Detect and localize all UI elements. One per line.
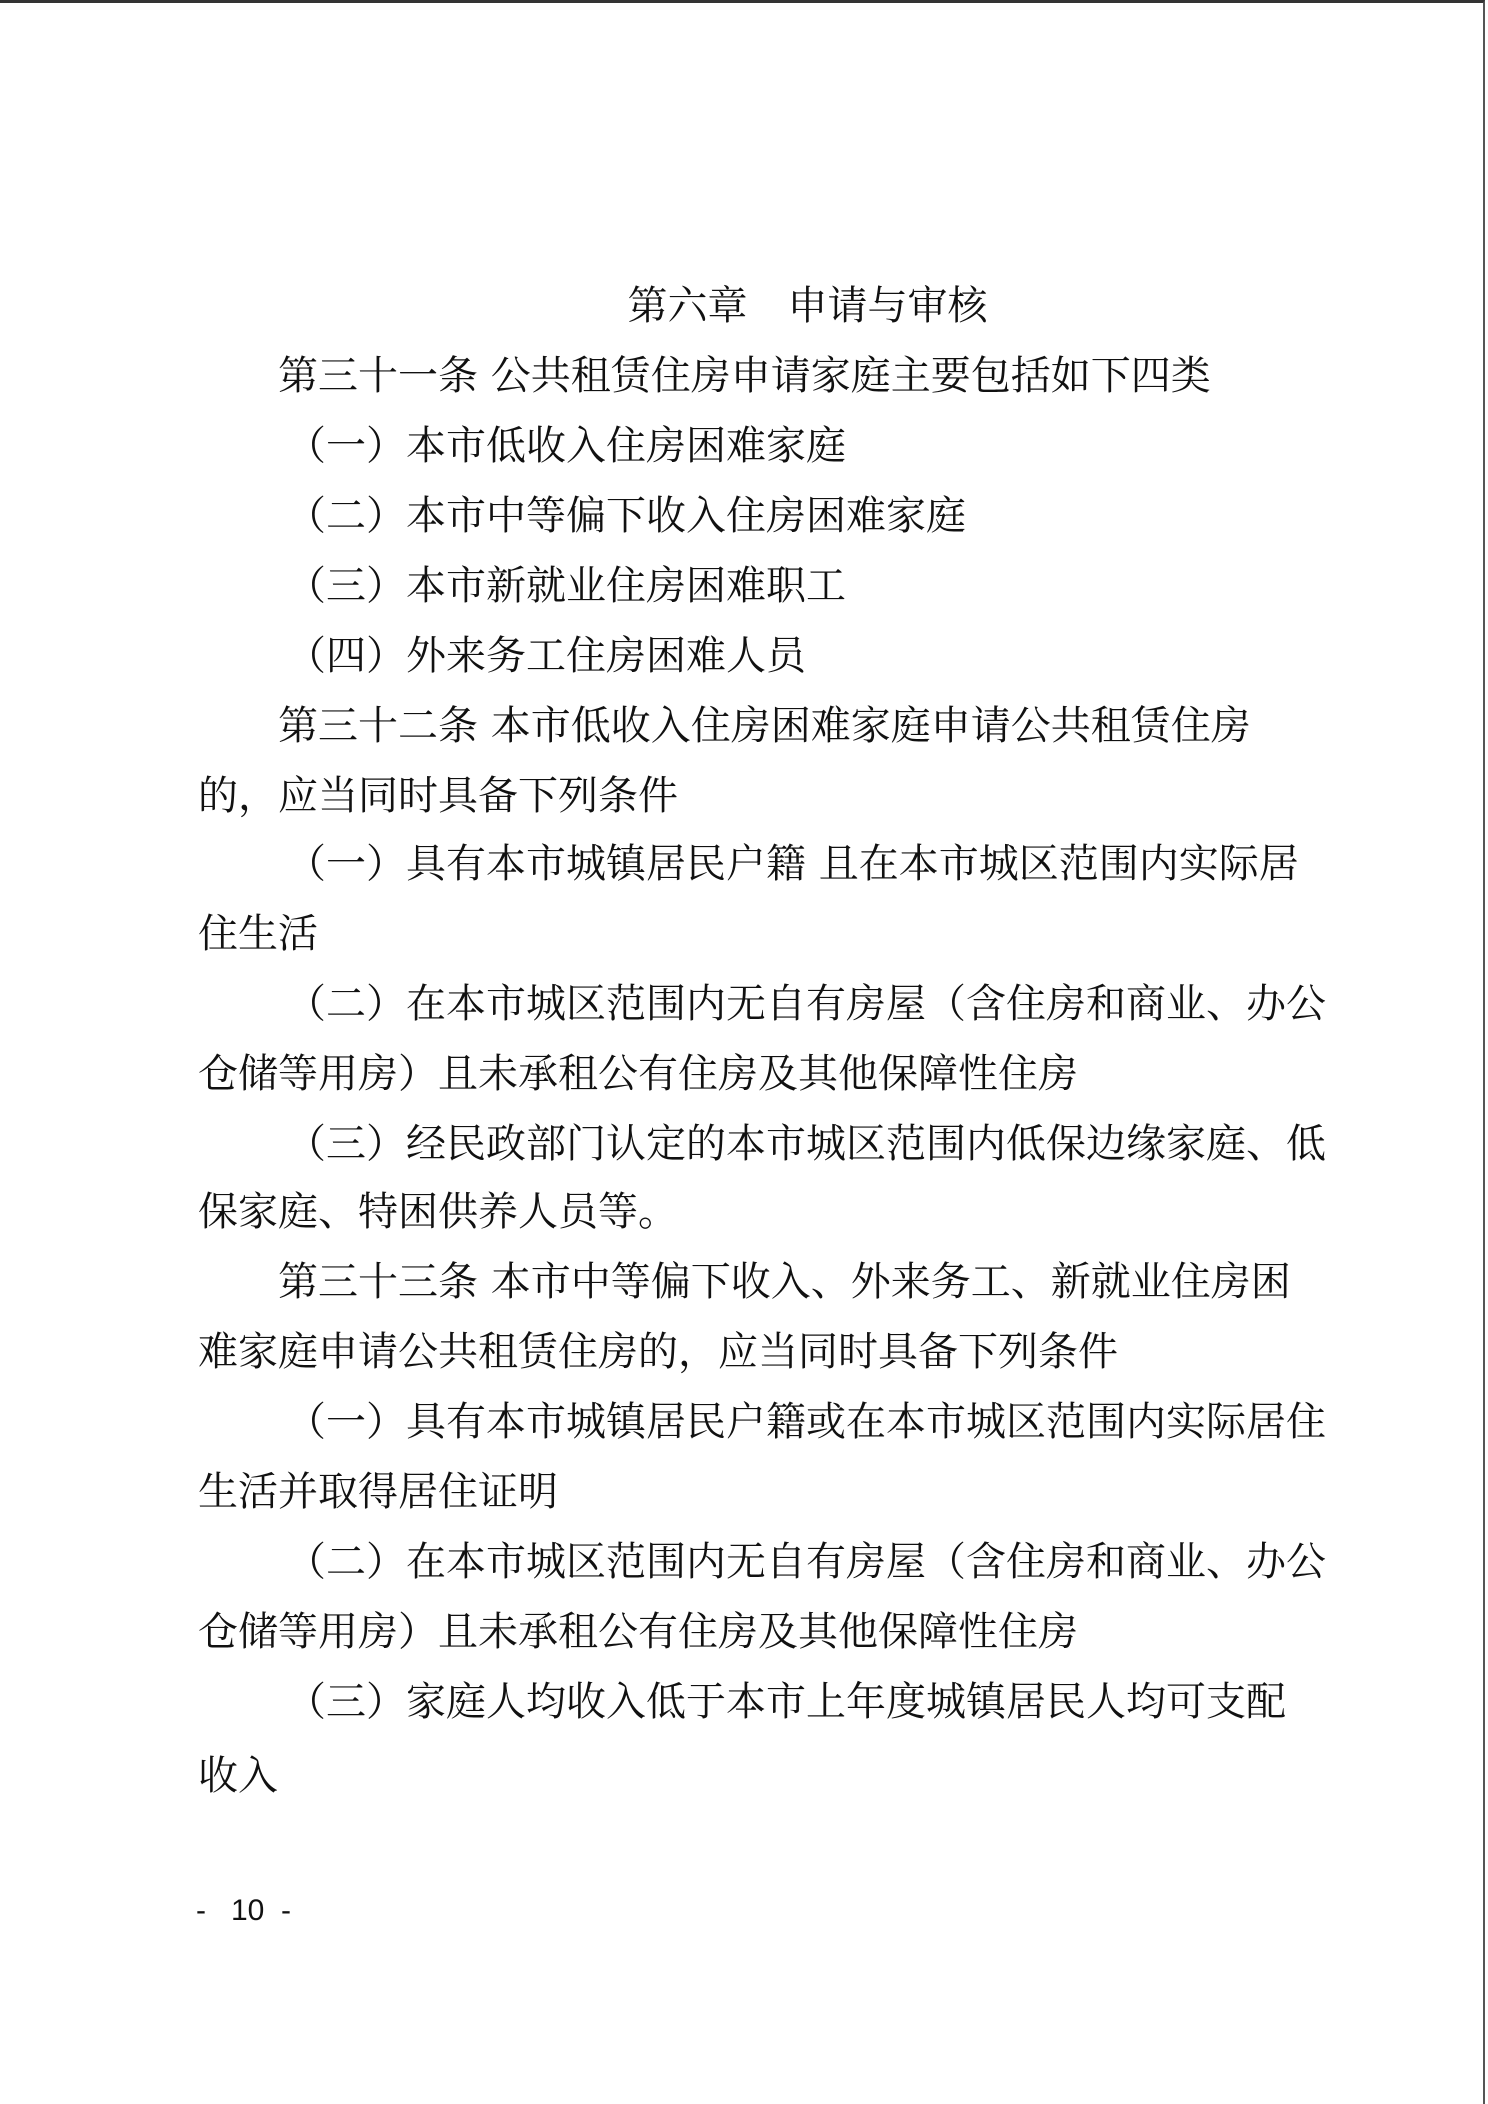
article-31-item-1: （一）本市低收入住房困难家庭 <box>286 421 846 471</box>
article-33-item-1: （一）具有本市城镇居民户籍或在本市城区范围内实际居住 <box>286 1397 1326 1447</box>
document-page: 第六章 申请与审核 第三十一条 公共租赁住房申请家庭主要包括如下四类 （一）本市… <box>0 0 1485 2104</box>
article-33-item-2: （二）在本市城区范围内无自有房屋（含住房和商业、办公 <box>286 1537 1326 1587</box>
article-31-item-3: （三）本市新就业住房困难职工 <box>286 561 846 611</box>
article-32-item-2-cont: 仓储等用房）且未承租公有住房及其他保障性住房 <box>198 1049 1078 1099</box>
article-32-heading-cont: 的，应当同时具备下列条件 <box>198 771 678 821</box>
article-33-item-1-cont: 生活并取得居住证明 <box>198 1467 558 1517</box>
article-32-heading: 第三十二条 本市低收入住房困难家庭申请公共租赁住房 <box>278 701 1251 751</box>
page-number: - 10 - <box>196 1891 291 1931</box>
article-32-item-1-cont: 住生活 <box>198 909 318 959</box>
article-33-item-3-cont: 收入 <box>198 1751 278 1801</box>
article-31-heading: 第三十一条 公共租赁住房申请家庭主要包括如下四类 <box>278 351 1211 401</box>
article-32-item-3: （三）经民政部门认定的本市城区范围内低保边缘家庭、低 <box>286 1119 1326 1169</box>
article-33-heading: 第三十三条 本市中等偏下收入、外来务工、新就业住房困 <box>278 1257 1291 1307</box>
chapter-title: 第六章 申请与审核 <box>0 281 1485 331</box>
article-32-item-3-cont: 保家庭、特困供养人员等。 <box>198 1187 678 1237</box>
article-33-item-2-cont: 仓储等用房）且未承租公有住房及其他保障性住房 <box>198 1607 1078 1657</box>
article-31-item-4: （四）外来务工住房困难人员 <box>286 631 806 681</box>
article-32-item-1: （一）具有本市城镇居民户籍 且在本市城区范围内实际居 <box>286 839 1299 889</box>
article-31-item-2: （二）本市中等偏下收入住房困难家庭 <box>286 491 966 541</box>
article-33-heading-cont: 难家庭申请公共租赁住房的，应当同时具备下列条件 <box>198 1327 1118 1377</box>
article-33-item-3: （三）家庭人均收入低于本市上年度城镇居民人均可支配 <box>286 1677 1286 1727</box>
article-32-item-2: （二）在本市城区范围内无自有房屋（含住房和商业、办公 <box>286 979 1326 1029</box>
